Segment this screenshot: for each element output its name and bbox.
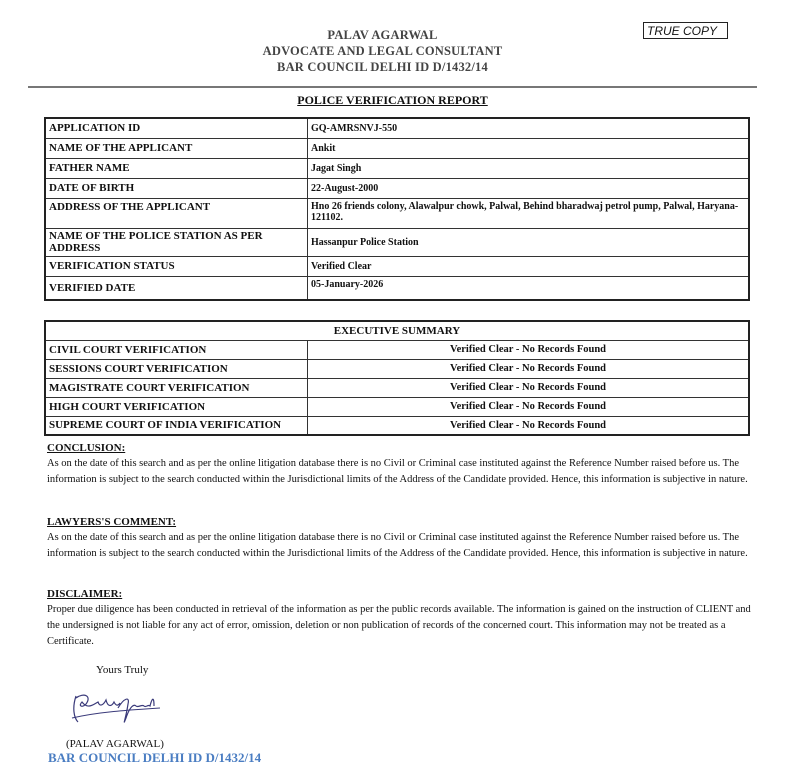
advocate-designation: ADVOCATE AND LEGAL CONSULTANT xyxy=(0,43,785,59)
conclusion-text: As on the date of this search and as per… xyxy=(47,456,752,488)
header-divider xyxy=(28,86,757,88)
advocate-bar-id: BAR COUNCIL DELHI ID D/1432/14 xyxy=(0,59,785,75)
table-row: APPLICATION ID GQ-AMRSNVJ-550 xyxy=(45,118,749,138)
summary-value: Verified Clear - No Records Found xyxy=(308,359,750,378)
detail-value: Jagat Singh xyxy=(308,158,750,178)
applicant-details-table: APPLICATION ID GQ-AMRSNVJ-550 NAME OF TH… xyxy=(44,117,750,301)
lawyers-comment-text: As on the date of this search and as per… xyxy=(47,530,752,562)
table-row: VERIFIED DATE 05-January-2026 xyxy=(45,276,749,300)
detail-label: NAME OF THE APPLICANT xyxy=(45,138,308,158)
summary-value: Verified Clear - No Records Found xyxy=(308,397,750,416)
table-row: NAME OF THE APPLICANT Ankit xyxy=(45,138,749,158)
signature-icon xyxy=(68,688,168,730)
detail-label: ADDRESS OF THE APPLICANT xyxy=(45,198,308,228)
summary-value: Verified Clear - No Records Found xyxy=(308,340,750,359)
signatory-name: (PALAV AGARWAL) xyxy=(66,738,164,750)
true-copy-stamp: TRUE COPY xyxy=(643,22,728,39)
table-row: SESSIONS COURT VERIFICATION Verified Cle… xyxy=(45,359,749,378)
detail-label: FATHER NAME xyxy=(45,158,308,178)
detail-label: VERIFICATION STATUS xyxy=(45,256,308,276)
closing-text: Yours Truly xyxy=(96,664,148,676)
summary-label: MAGISTRATE COURT VERIFICATION xyxy=(45,378,308,397)
disclaimer-section: DISCLAIMER: Proper due diligence has bee… xyxy=(47,586,752,650)
table-row: CIVIL COURT VERIFICATION Verified Clear … xyxy=(45,340,749,359)
detail-value: Hassanpur Police Station xyxy=(308,228,750,256)
summary-value: Verified Clear - No Records Found xyxy=(308,378,750,397)
summary-label: CIVIL COURT VERIFICATION xyxy=(45,340,308,359)
detail-label: APPLICATION ID xyxy=(45,118,308,138)
summary-label: SESSIONS COURT VERIFICATION xyxy=(45,359,308,378)
table-header-row: EXECUTIVE SUMMARY xyxy=(45,321,749,340)
table-row: ADDRESS OF THE APPLICANT Hno 26 friends … xyxy=(45,198,749,228)
detail-value: GQ-AMRSNVJ-550 xyxy=(308,118,750,138)
detail-label: DATE OF BIRTH xyxy=(45,178,308,198)
detail-value: 05-January-2026 xyxy=(308,276,750,300)
disclaimer-text: Proper due diligence has been conducted … xyxy=(47,602,752,650)
report-title: POLICE VERIFICATION REPORT xyxy=(0,93,785,108)
detail-label: NAME OF THE POLICE STATION AS PER ADDRES… xyxy=(45,228,308,256)
conclusion-section: CONCLUSION: As on the date of this searc… xyxy=(47,440,752,488)
detail-value: 22-August-2000 xyxy=(308,178,750,198)
table-row: HIGH COURT VERIFICATION Verified Clear -… xyxy=(45,397,749,416)
table-row: VERIFICATION STATUS Verified Clear xyxy=(45,256,749,276)
table-row: MAGISTRATE COURT VERIFICATION Verified C… xyxy=(45,378,749,397)
conclusion-heading: CONCLUSION: xyxy=(47,440,752,456)
lawyers-comment-heading: LAWYERS'S COMMENT: xyxy=(47,514,752,530)
table-row: NAME OF THE POLICE STATION AS PER ADDRES… xyxy=(45,228,749,256)
detail-value: Hno 26 friends colony, Alawalpur chowk, … xyxy=(308,198,750,228)
detail-value: Verified Clear xyxy=(308,256,750,276)
summary-value: Verified Clear - No Records Found xyxy=(308,416,750,435)
detail-label: VERIFIED DATE xyxy=(45,276,308,300)
summary-title: EXECUTIVE SUMMARY xyxy=(45,321,749,340)
summary-label: SUPREME COURT OF INDIA VERIFICATION xyxy=(45,416,308,435)
disclaimer-heading: DISCLAIMER: xyxy=(47,586,752,602)
table-row: FATHER NAME Jagat Singh xyxy=(45,158,749,178)
detail-value: Ankit xyxy=(308,138,750,158)
signatory-bar-id: BAR COUNCIL DELHI ID D/1432/14 xyxy=(48,750,261,766)
table-row: SUPREME COURT OF INDIA VERIFICATION Veri… xyxy=(45,416,749,435)
summary-label: HIGH COURT VERIFICATION xyxy=(45,397,308,416)
executive-summary-table: EXECUTIVE SUMMARY CIVIL COURT VERIFICATI… xyxy=(44,320,750,436)
lawyers-comment-section: LAWYERS'S COMMENT: As on the date of thi… xyxy=(47,514,752,562)
table-row: DATE OF BIRTH 22-August-2000 xyxy=(45,178,749,198)
